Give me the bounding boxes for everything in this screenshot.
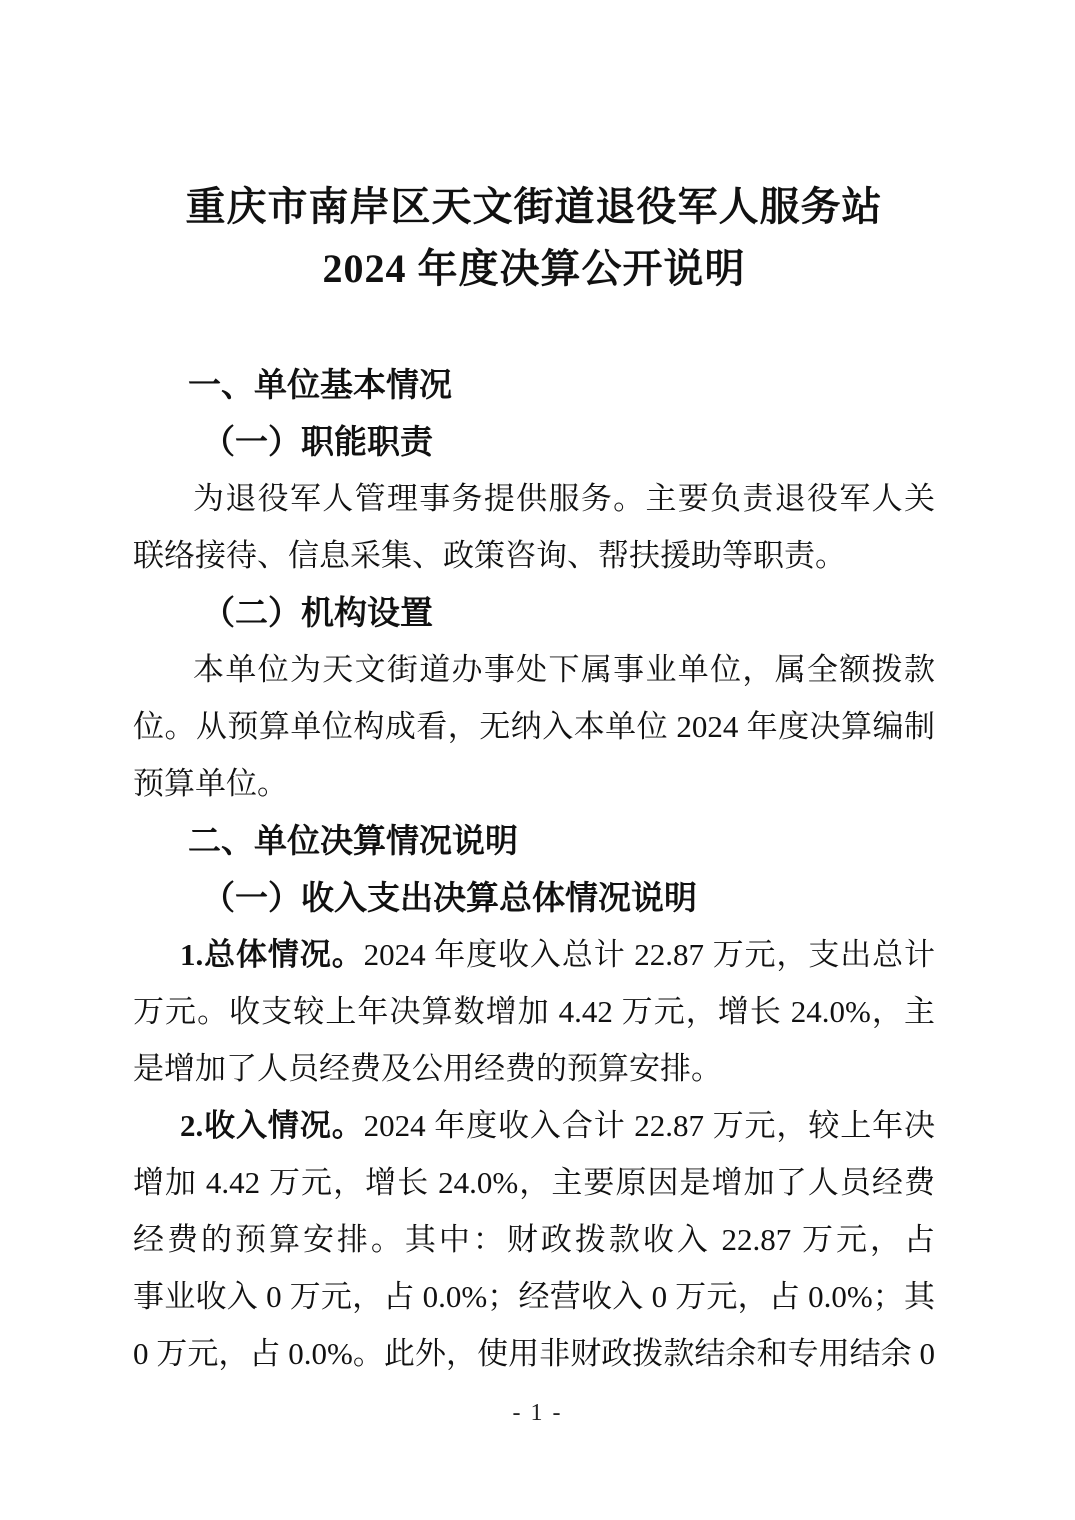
heading-section-1-1: （一）职能职责 (133, 413, 935, 470)
heading-section-1: 一、单位基本情况 (133, 356, 935, 413)
document-content: 重庆市南岸区天文街道退役军人服务站 2024 年度决算公开说明 一、单位基本情况… (133, 0, 935, 1382)
paragraph-income-line: 事业收入 0 万元，占 0.0%；经营收入 0 万元，占 0.0%；其他收入 (133, 1268, 935, 1325)
heading-section-2: 二、单位决算情况说明 (133, 812, 935, 869)
heading-section-1-2: （二）机构设置 (133, 584, 935, 641)
paragraph-income-line: 增加 4.42 万元，增长 24.0%，主要原因是增加了人员经费及公用 (133, 1154, 935, 1211)
document-title-line-2: 2024 年度决算公开说明 (133, 238, 935, 300)
paragraph-overall-line: 万元。收支较上年决算数增加 4.42 万元，增长 24.0%，主要原因 (133, 983, 935, 1040)
paragraph-overall-lead: 1.总体情况。 (180, 937, 364, 972)
document-title: 重庆市南岸区天文街道退役军人服务站 2024 年度决算公开说明 (133, 176, 935, 300)
document-page: 重庆市南岸区天文街道退役军人服务站 2024 年度决算公开说明 一、单位基本情况… (0, 0, 1075, 1520)
paragraph-duties: 为退役军人管理事务提供服务。主要负责退役军人关系转接、 联络接待、信息采集、政策… (133, 470, 935, 584)
page-number: - 1 - (0, 1398, 1075, 1428)
paragraph-structure-line: 预算单位。 (133, 755, 935, 812)
paragraph-income: 2.收入情况。2024 年度收入合计 22.87 万元，较上年决算数 增加 4.… (133, 1097, 935, 1382)
paragraph-overall-line: 是增加了人员经费及公用经费的预算安排。 (133, 1040, 935, 1097)
paragraph-duties-line: 为退役军人管理事务提供服务。主要负责退役军人关系转接、 (133, 470, 935, 527)
paragraph-structure: 本单位为天文街道办事处下属事业单位，属全额拨款事业单 位。从预算单位构成看，无纳… (133, 641, 935, 812)
document-title-line-1: 重庆市南岸区天文街道退役军人服务站 (133, 176, 935, 238)
paragraph-overall-line: 1.总体情况。2024 年度收入总计 22.87 万元，支出总计 22.87 (133, 926, 935, 983)
paragraph-income-line: 0 万元，占 0.0%。此外，使用非财政拨款结余和专用结余 0 万元， (133, 1325, 935, 1382)
paragraph-income-lead: 2.收入情况。 (180, 1108, 364, 1143)
paragraph-structure-line: 位。从预算单位构成看，无纳入本单位 2024 年度决算编制的二级 (133, 698, 935, 755)
paragraph-structure-line: 本单位为天文街道办事处下属事业单位，属全额拨款事业单 (133, 641, 935, 698)
paragraph-income-line: 2.收入情况。2024 年度收入合计 22.87 万元，较上年决算数 (133, 1097, 935, 1154)
paragraph-overall: 1.总体情况。2024 年度收入总计 22.87 万元，支出总计 22.87 万… (133, 926, 935, 1097)
paragraph-duties-line: 联络接待、信息采集、政策咨询、帮扶援助等职责。 (133, 527, 935, 584)
paragraph-income-line: 经费的预算安排。其中：财政拨款收入 22.87 万元，占 100.0%； (133, 1211, 935, 1268)
heading-section-2-1: （一）收入支出决算总体情况说明 (133, 869, 935, 926)
